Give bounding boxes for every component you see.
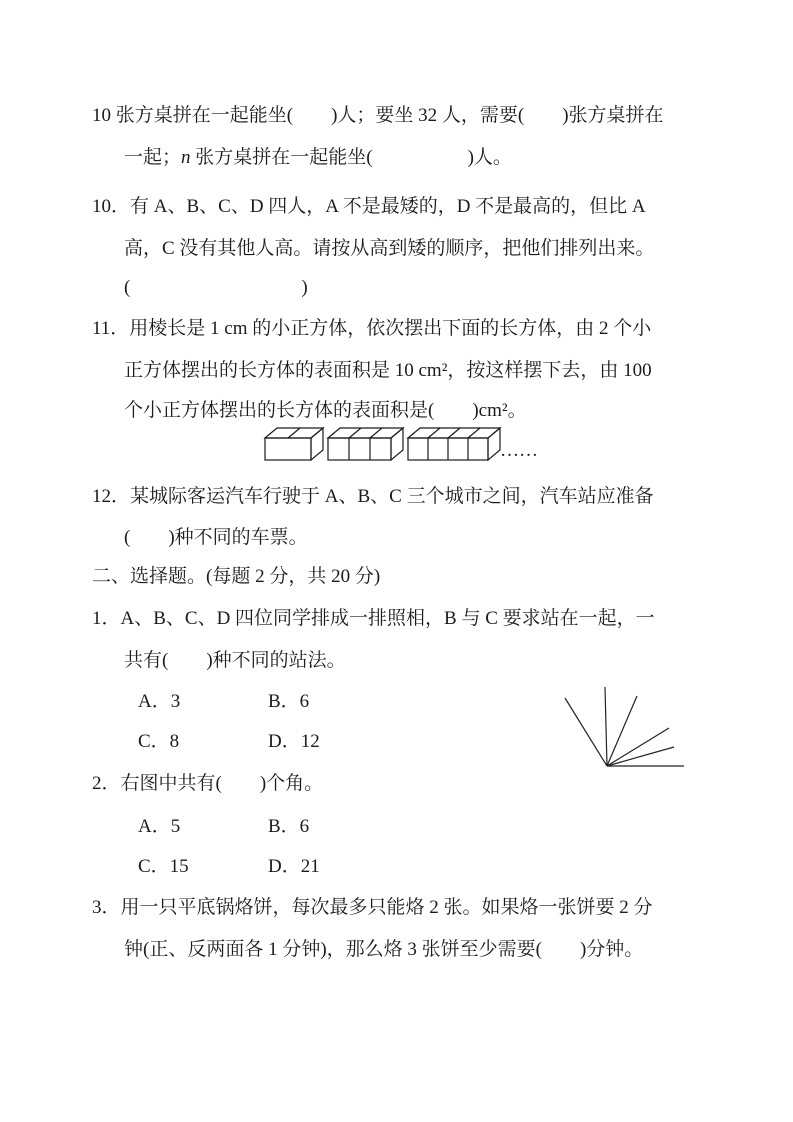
- question-12-line-1: 12．某城际客运汽车行驶于 A、B、C 三个城市之间，汽车站应准备: [92, 486, 654, 508]
- choice-2-option-a: A．5: [138, 816, 180, 837]
- choice-1-line-2: 共有( )种不同的站法。: [124, 650, 346, 672]
- question-9-line-2-prefix: 一起；: [124, 147, 181, 168]
- cuboids-figure: [262, 426, 502, 466]
- choice-2-option-d: D．21: [268, 856, 320, 878]
- choice-1-option-d: D．12: [268, 731, 320, 753]
- choice-3-line-2: 钟(正、反两面各 1 分钟)，那么烙 3 张饼至少需要( )分钟。: [124, 939, 643, 961]
- question-9-line-2: 一起；n 张方桌拼在一起能坐( )人。: [124, 147, 512, 169]
- question-10-answer-blank: ( ): [124, 277, 308, 299]
- question-10-line-1: 10．有 A、B、C、D 四人，A 不是最矮的，D 不是最高的，但比 A: [92, 196, 646, 218]
- choice-2-options-row-1: A．5B．6: [138, 816, 418, 838]
- question-9-line-2-suffix: 张方桌拼在一起能坐( )人。: [191, 147, 512, 168]
- question-11-line-3: 个小正方体摆出的长方体的表面积是( )cm²。: [124, 400, 527, 422]
- choice-1-option-b: B．6: [268, 691, 309, 713]
- choice-2-option-c: C．15: [138, 856, 189, 877]
- choice-3-line-1: 3．用一只平底锅烙饼，每次最多只能烙 2 张。如果烙一张饼要 2 分: [92, 897, 653, 919]
- question-9-line-1: 10 张方桌拼在一起能坐( )人；要坐 32 人，需要( )张方桌拼在: [92, 105, 664, 127]
- cuboids-ellipsis: ……: [500, 440, 538, 462]
- question-11-line-2: 正方体摆出的长方体的表面积是 10 cm²，按这样摆下去，由 100: [124, 360, 652, 382]
- choice-1-line-1: 1．A、B、C、D 四位同学排成一排照相，B 与 C 要求站在一起，一: [92, 608, 655, 630]
- section-two-heading: 二、选择题。(每题 2 分，共 20 分): [92, 566, 380, 588]
- question-10-line-2: 高，C 没有其他人高。请按从高到矮的顺序，把他们排列出来。: [124, 238, 654, 260]
- choice-2-option-b: B．6: [268, 816, 309, 838]
- test-paper-page: 10 张方桌拼在一起能坐( )人；要坐 32 人，需要( )张方桌拼在 一起；n…: [0, 0, 793, 1122]
- choice-2-options-row-2: C．15D．21: [138, 856, 418, 878]
- choice-1-options-row-2: C．8D．12: [138, 731, 418, 753]
- choice-1-option-a: A．3: [138, 691, 180, 712]
- choice-2-line-1: 2．右图中共有( )个角。: [92, 773, 323, 795]
- variable-n: n: [181, 147, 191, 168]
- choice-1-option-c: C．8: [138, 731, 179, 752]
- question-11-line-1: 11．用棱长是 1 cm 的小正方体，依次摆出下面的长方体，由 2 个小: [92, 318, 651, 340]
- angle-figure: [553, 681, 701, 773]
- question-12-line-2: ( )种不同的车票。: [124, 527, 308, 549]
- choice-1-options-row-1: A．3B．6: [138, 691, 418, 713]
